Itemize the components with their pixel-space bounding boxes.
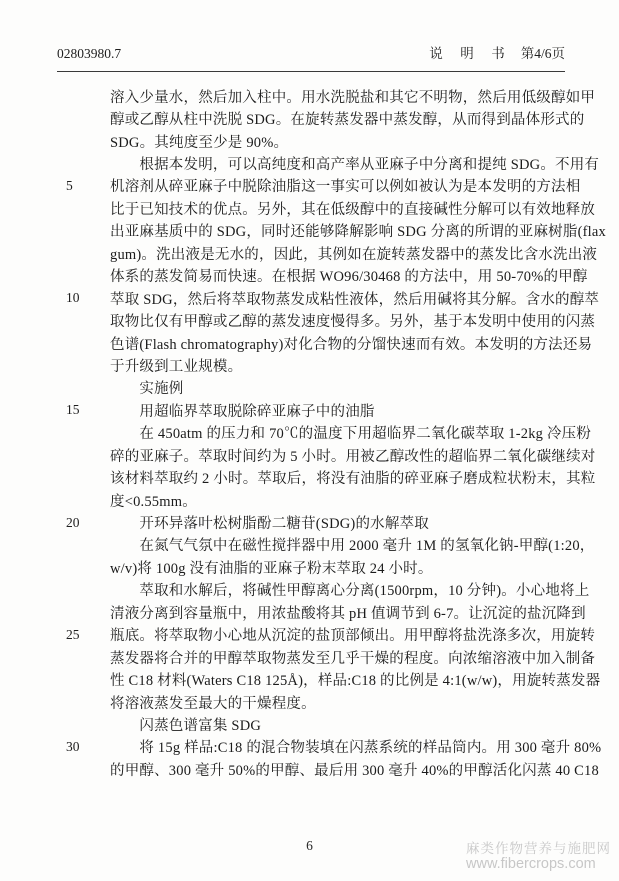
text-line: 性 C18 材料(Waters C18 125Å)，样品:C18 的比例是 4:… [57,668,569,690]
line-text: 溶入少量水，然后加入柱中。用水洗脱盐和其它不明物，然后用低级醇如甲 [110,86,595,107]
text-line: 25 瓶底。将萃取物小心地从沉淀的盐顶部倾出。用甲醇将盐洗涤多次，用旋转 [57,624,569,646]
line-text: 实施例 [110,377,569,398]
text-line: 度<0.55mm。 [57,489,569,511]
text-line: 于升级到工业规模。 [57,354,569,376]
line-text: 萃取 SDG，然后将萃取物蒸发成粘性液体，然后用碱将其分解。含水的醇萃 [110,288,599,309]
doc-title: 说 明 书 [429,42,507,62]
line-text: 在 450atm 的压力和 70℃的温度下用超临界二氧化碳萃取 1-2kg 冷压… [110,422,591,443]
text-line: 在氮气气氛中在磁性搅拌器中用 2000 毫升 1M 的氢氧化钠-甲醇(1:20， [57,534,569,556]
watermark-site-url: www.fibercrops.com [466,856,611,873]
text-line: gum)。洗出液是无水的，因此，其例如在旋转蒸发器中的蒸发比含水洗出液 [57,242,569,264]
line-number: 15 [57,402,110,418]
text-line: 的甲醇、300 毫升 50%的甲醇、最后用 300 毫升 40%的甲醇活化闪蒸 … [57,758,569,780]
header-right: 说 明 书 第4/6页 [429,42,565,62]
text-line: 比于已知技术的优点。另外，其在低级醇中的直接碱性分解可以有效地释放 [57,197,569,219]
text-line: 溶入少量水，然后加入柱中。用水洗脱盐和其它不明物，然后用低级醇如甲 [57,85,569,107]
line-text: 醇或乙醇从柱中洗脱 SDG。在旋转蒸发器中蒸发醇，从而得到晶体形式的 [110,108,584,129]
line-text: 萃取和水解后，将碱性甲醇离心分离(1500rpm，10 分钟)。小心地将上 [110,579,589,600]
text-line: 蒸发器将合并的甲醇萃取物蒸发至几乎干燥的程度。向浓缩溶液中加入制备 [57,646,569,668]
line-text: 用超临界萃取脱除碎亚麻子中的油脂 [110,400,569,421]
patent-page: 02803980.7 说 明 书 第4/6页 溶入少量水，然后加入柱中。用水洗脱… [0,0,619,881]
line-text: 蒸发器将合并的甲醇萃取物蒸发至几乎干燥的程度。向浓缩溶液中加入制备 [110,647,595,668]
line-number: 30 [57,739,110,755]
line-text: 取物比仅有甲醇或乙醇的蒸发速度慢得多。另外，基于本发明中使用的闪蒸 [110,310,595,331]
text-line: 实施例 [57,377,569,399]
line-text: 根据本发明，可以高纯度和高产率从亚麻子中分离和提纯 SDG。不用有 [110,153,599,174]
application-number: 02803980.7 [57,46,121,62]
text-line: 20 开环异落叶松树脂酚二糖苷(SDG)的水解萃取 [57,511,569,533]
text-line: 10 萃取 SDG，然后将萃取物蒸发成粘性液体，然后用碱将其分解。含水的醇萃 [57,287,569,309]
page-header: 02803980.7 说 明 书 第4/6页 [57,42,565,62]
line-text: 瓶底。将萃取物小心地从沉淀的盐顶部倾出。用甲醇将盐洗涤多次，用旋转 [110,624,595,645]
line-text: 该材料萃取约 2 小时。萃取后，将没有油脂的碎亚麻子磨成粒状粉末，其粒 [110,467,596,488]
watermark: 麻类作物营养与施肥网 www.fibercrops.com [466,841,611,873]
text-line: SDG。其纯度至少是 90%。 [57,130,569,152]
header-divider [57,71,565,72]
text-line: 萃取和水解后，将碱性甲醇离心分离(1500rpm，10 分钟)。小心地将上 [57,579,569,601]
text-line: 出亚麻基质中的 SDG，同时还能够降解影响 SDG 分离的所谓的亚麻树脂(fla… [57,220,569,242]
line-text: 于升级到工业规模。 [110,355,569,376]
text-line: 色谱(Flash chromatography)对化合物的分馏快速而有效。本发明… [57,332,569,354]
text-line: 取物比仅有甲醇或乙醇的蒸发速度慢得多。另外，基于本发明中使用的闪蒸 [57,309,569,331]
text-line: 15 用超临界萃取脱除碎亚麻子中的油脂 [57,399,569,421]
text-line: 根据本发明，可以高纯度和高产率从亚麻子中分离和提纯 SDG。不用有 [57,152,569,174]
line-number: 20 [57,515,110,531]
text-line: 闪蒸色谱富集 SDG [57,713,569,735]
text-line: 碎的亚麻子。萃取时间约为 5 小时。用被乙醇改性的超临界二氧化碳继续对 [57,444,569,466]
line-text: 出亚麻基质中的 SDG，同时还能够降解影响 SDG 分离的所谓的亚麻树脂(fla… [110,220,606,241]
line-text: 性 C18 材料(Waters C18 125Å)，样品:C18 的比例是 4:… [110,669,600,690]
page-indicator: 第4/6页 [521,42,565,62]
line-text: 体系的蒸发简易而快速。在根据 WO96/30468 的方法中，用 50-70%的… [110,265,588,286]
text-line: 将溶液蒸发至最大的干燥程度。 [57,691,569,713]
line-text: 闪蒸色谱富集 SDG [110,714,569,735]
line-text: w/v)将 100g 没有油脂的亚麻子粉末萃取 24 小时。 [110,557,569,578]
line-number: 5 [57,178,110,194]
line-number: 25 [57,627,110,643]
line-text: 在氮气气氛中在磁性搅拌器中用 2000 毫升 1M 的氢氧化钠-甲醇(1:20， [110,534,594,555]
line-text: 将 15g 样品:C18 的混合物装填在闪蒸系统的样品筒内。用 300 毫升 8… [110,736,601,757]
text-line: 体系的蒸发简易而快速。在根据 WO96/30468 的方法中，用 50-70%的… [57,265,569,287]
line-text: gum)。洗出液是无水的，因此，其例如在旋转蒸发器中的蒸发比含水洗出液 [110,243,597,264]
text-line: 清液分离到容量瓶中，用浓盐酸将其 pH 值调节到 6-7。让沉淀的盐沉降到 [57,601,569,623]
line-text: 将溶液蒸发至最大的干燥程度。 [110,692,569,713]
line-text: SDG。其纯度至少是 90%。 [110,131,569,152]
line-text: 比于已知技术的优点。另外，其在低级醇中的直接碱性分解可以有效地释放 [110,198,595,219]
text-line: 醇或乙醇从柱中洗脱 SDG。在旋转蒸发器中蒸发醇，从而得到晶体形式的 [57,107,569,129]
text-line: w/v)将 100g 没有油脂的亚麻子粉末萃取 24 小时。 [57,556,569,578]
line-text: 色谱(Flash chromatography)对化合物的分馏快速而有效。本发明… [110,333,592,354]
text-line: 30 将 15g 样品:C18 的混合物装填在闪蒸系统的样品筒内。用 300 毫… [57,736,569,758]
specification-body: 溶入少量水，然后加入柱中。用水洗脱盐和其它不明物，然后用低级醇如甲 醇或乙醇从柱… [57,85,569,781]
text-line: 在 450atm 的压力和 70℃的温度下用超临界二氧化碳萃取 1-2kg 冷压… [57,422,569,444]
line-text: 机溶剂从碎亚麻子中脱除油脂这一事实可以例如被认为是本发明的方法相 [110,175,580,196]
line-number: 10 [57,290,110,306]
line-text: 度<0.55mm。 [110,490,569,511]
line-text: 的甲醇、300 毫升 50%的甲醇、最后用 300 毫升 40%的甲醇活化闪蒸 … [110,759,599,780]
text-line: 该材料萃取约 2 小时。萃取后，将没有油脂的碎亚麻子磨成粒状粉末，其粒 [57,466,569,488]
watermark-site-name: 麻类作物营养与施肥网 [466,841,611,857]
line-text: 碎的亚麻子。萃取时间约为 5 小时。用被乙醇改性的超临界二氧化碳继续对 [110,445,596,466]
line-text: 开环异落叶松树脂酚二糖苷(SDG)的水解萃取 [110,512,569,533]
text-line: 5 机溶剂从碎亚麻子中脱除油脂这一事实可以例如被认为是本发明的方法相 [57,175,569,197]
line-text: 清液分离到容量瓶中，用浓盐酸将其 pH 值调节到 6-7。让沉淀的盐沉降到 [110,602,586,623]
